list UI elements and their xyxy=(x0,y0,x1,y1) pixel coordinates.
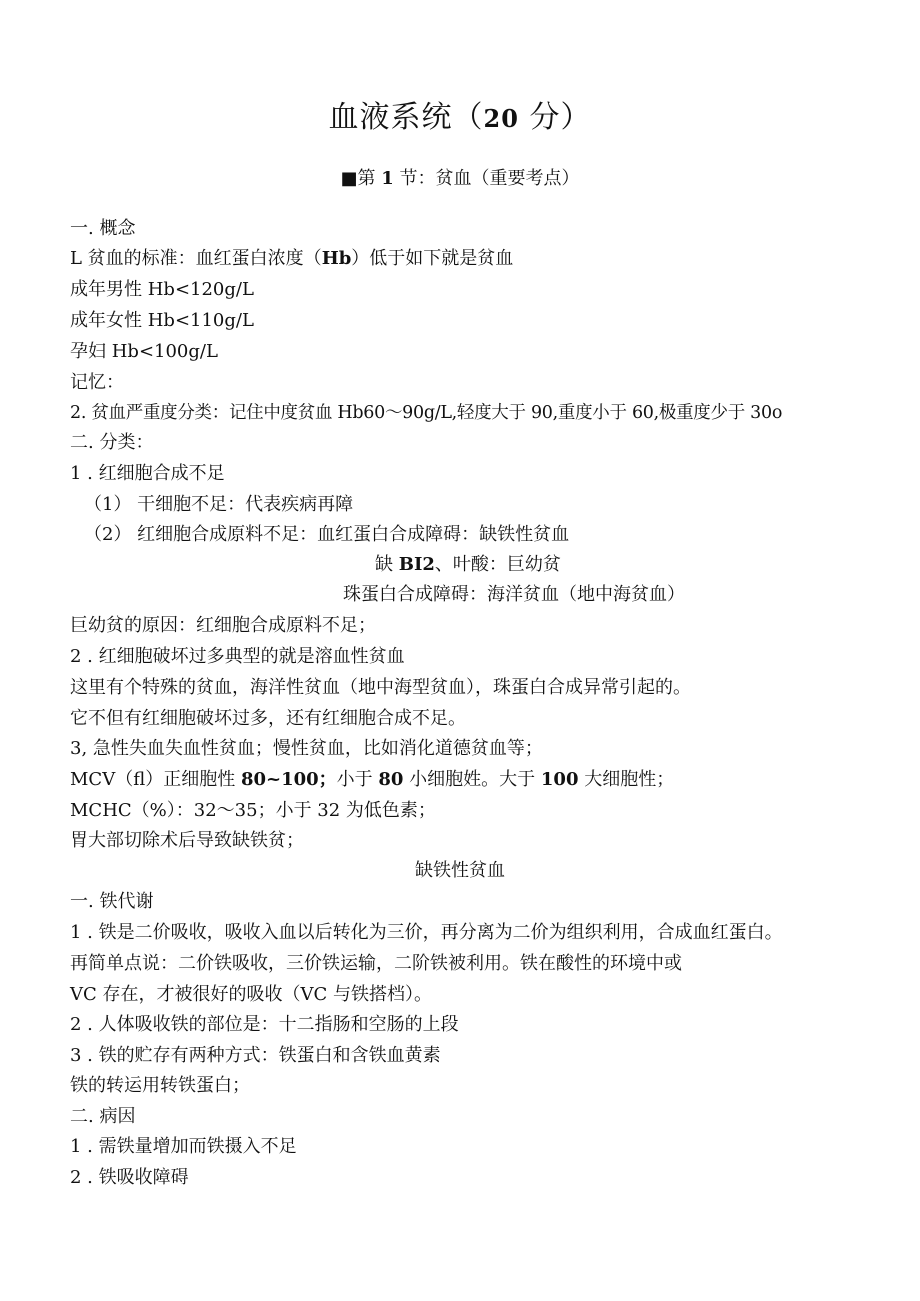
section-heading-text: 节：贫血（重要考点） xyxy=(394,168,580,189)
paragraph-line: MCV（fl）正细胞性 80~100；小于 80 小细胞姓。大于 100 大细胞… xyxy=(70,768,674,792)
paragraph-line: 记忆： xyxy=(70,371,124,395)
bold-text: 80 xyxy=(378,769,403,790)
heading-etiology: 二. 病因 xyxy=(70,1105,135,1129)
paragraph-line: MCHC（%）：32～35；小于 32 为低色素； xyxy=(70,799,436,823)
paragraph-line: 成年男性 Hb<120g/L xyxy=(70,278,254,302)
text: 小细胞姓。大于 xyxy=(403,769,540,790)
heading-classification: 二. 分类： xyxy=(70,431,153,455)
section-heading-prefix: ■第 xyxy=(341,168,382,189)
paragraph-line: 2 . 红细胞破坏过多典型的就是溶血性贫血 xyxy=(70,645,405,669)
text: 、叶酸：巨幼贫 xyxy=(435,554,561,575)
paragraph-line: （1） 干细胞不足：代表疾病再障 xyxy=(84,493,353,517)
bold-text: Hb xyxy=(322,248,352,269)
paragraph-line: 巨幼贫的原因：红细胞合成原料不足； xyxy=(70,614,376,638)
paragraph-line: VC 存在，才被很好的吸收（VC 与铁搭档）。 xyxy=(70,983,432,1007)
text: L 贫血的标准：血红蛋白浓度（ xyxy=(70,248,322,269)
paragraph-line: 缺 BI2、叶酸：巨幼贫 xyxy=(375,553,561,577)
paragraph-line: 1 . 红细胞合成不足 xyxy=(70,462,225,486)
paragraph-line: 2. 贫血严重度分类：记住中度贫血 Hb60～90g/L,轻度大于 90,重度小… xyxy=(70,401,782,425)
paragraph-line: 成年女性 Hb<110g/L xyxy=(70,309,254,333)
paragraph-line: 2 . 人体吸收铁的部位是：十二指肠和空肠的上段 xyxy=(70,1013,459,1037)
paragraph-line: 再简单点说：二价铁吸收，三价铁运输，二阶铁被利用。铁在酸性的环境中或 xyxy=(70,952,682,976)
bold-text: 80~100； xyxy=(241,769,337,790)
paragraph-line: 1 . 铁是二价吸收，吸收入血以后转化为三价，再分离为二价为组织利用，合成血红蛋… xyxy=(70,921,783,945)
text: MCV（fl）正细胞性 xyxy=(70,769,241,790)
paragraph-line: 这里有个特殊的贫血，海洋性贫血（地中海型贫血），珠蛋白合成异常引起的。 xyxy=(70,676,691,700)
text: 小于 xyxy=(337,769,379,790)
paragraph-line: 孕妇 Hb<100g/L xyxy=(70,340,218,364)
section-heading: ■第 1 节：贫血（重要考点） xyxy=(0,164,920,190)
paragraph-line: 珠蛋白合成障碍：海洋贫血（地中海贫血） xyxy=(343,583,685,607)
text: 大细胞性； xyxy=(578,769,674,790)
title-score: 20 xyxy=(484,104,519,133)
heading-concept: 一. 概念 xyxy=(70,217,135,241)
text: ）低于如下就是贫血 xyxy=(351,248,513,269)
paragraph-line: 它不但有红细胞破坏过多，还有红细胞合成不足。 xyxy=(70,707,466,731)
document-title: 血液系统（20 分） xyxy=(0,92,920,136)
paragraph-line: 3, 急性失血失血性贫血；慢性贫血，比如消化道德贫血等； xyxy=(70,737,543,761)
title-text-end: 分） xyxy=(519,100,592,135)
title-text: 血液系统（ xyxy=(329,100,484,135)
bold-text: 100 xyxy=(541,769,579,790)
subheading-iron-deficiency-anemia: 缺铁性贫血 xyxy=(0,859,920,883)
bold-text: BI2 xyxy=(399,554,435,575)
paragraph-line: 1 . 需铁量增加而铁摄入不足 xyxy=(70,1135,297,1159)
paragraph-line: （2） 红细胞合成原料不足：血红蛋白合成障碍：缺铁性贫血 xyxy=(84,523,569,547)
paragraph-line: L 贫血的标准：血红蛋白浓度（Hb）低于如下就是贫血 xyxy=(70,247,513,271)
heading-iron-metabolism: 一. 铁代谢 xyxy=(70,890,153,914)
paragraph-line: 胃大部切除术后导致缺铁贫； xyxy=(70,829,304,853)
text: 缺 xyxy=(375,554,399,575)
paragraph-line: 3 . 铁的贮存有两种方式：铁蛋白和含铁血黄素 xyxy=(70,1044,441,1068)
section-number: 1 xyxy=(381,168,394,189)
paragraph-line: 铁的转运用转铁蛋白； xyxy=(70,1074,250,1098)
paragraph-line: 2 . 铁吸收障碍 xyxy=(70,1166,189,1190)
